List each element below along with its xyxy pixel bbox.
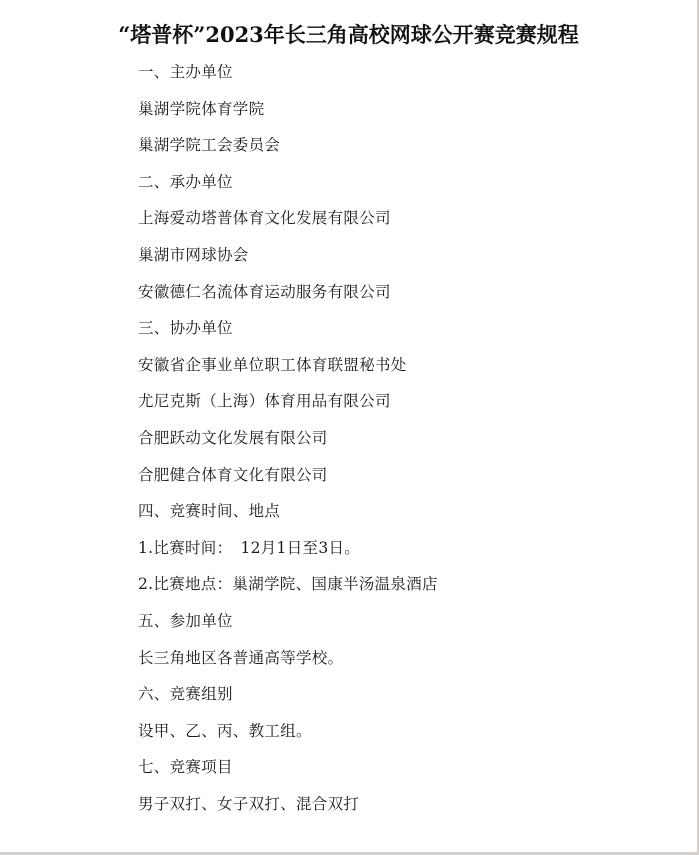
section-heading-events: 七、竞赛项目 bbox=[138, 754, 678, 791]
section-heading-co-organizers: 三、协办单位 bbox=[138, 315, 678, 352]
list-item: 设甲、乙、丙、教工组。 bbox=[138, 718, 678, 755]
list-item: 1.比赛时间： 12月1日至3日。 bbox=[138, 535, 678, 572]
section-heading-groups: 六、竞赛组别 bbox=[138, 681, 678, 718]
section-heading-hosts: 二、承办单位 bbox=[138, 169, 678, 206]
list-item: 上海爱动塔普体育文化发展有限公司 bbox=[138, 205, 678, 242]
section-heading-organizers: 一、主办单位 bbox=[138, 59, 678, 96]
list-item: 巢湖市网球协会 bbox=[138, 242, 678, 279]
list-item: 巢湖学院体育学院 bbox=[138, 96, 678, 133]
list-item: 2.比赛地点：巢湖学院、国康半汤温泉酒店 bbox=[138, 571, 678, 608]
list-item: 巢湖学院工会委员会 bbox=[138, 132, 678, 169]
list-item: 合肥跃动文化发展有限公司 bbox=[138, 425, 678, 462]
section-heading-participants: 五、参加单位 bbox=[138, 608, 678, 645]
list-item: 安徽省企事业单位职工体育联盟秘书处 bbox=[138, 352, 678, 389]
document-title: “塔普杯”2023年长三角高校网球公开赛竞赛规程 bbox=[0, 20, 697, 50]
list-item: 合肥健合体育文化有限公司 bbox=[138, 462, 678, 499]
document-body: 一、主办单位 巢湖学院体育学院 巢湖学院工会委员会 二、承办单位 上海爱动塔普体… bbox=[138, 59, 678, 827]
document-page: “塔普杯”2023年长三角高校网球公开赛竞赛规程 一、主办单位 巢湖学院体育学院… bbox=[0, 0, 699, 855]
list-item: 男子双打、女子双打、混合双打 bbox=[138, 791, 678, 828]
section-heading-time-place: 四、竞赛时间、地点 bbox=[138, 498, 678, 535]
list-item: 尤尼克斯（上海）体育用品有限公司 bbox=[138, 388, 678, 425]
list-item: 长三角地区各普通高等学校。 bbox=[138, 645, 678, 682]
list-item: 安徽德仁名流体育运动服务有限公司 bbox=[138, 279, 678, 316]
